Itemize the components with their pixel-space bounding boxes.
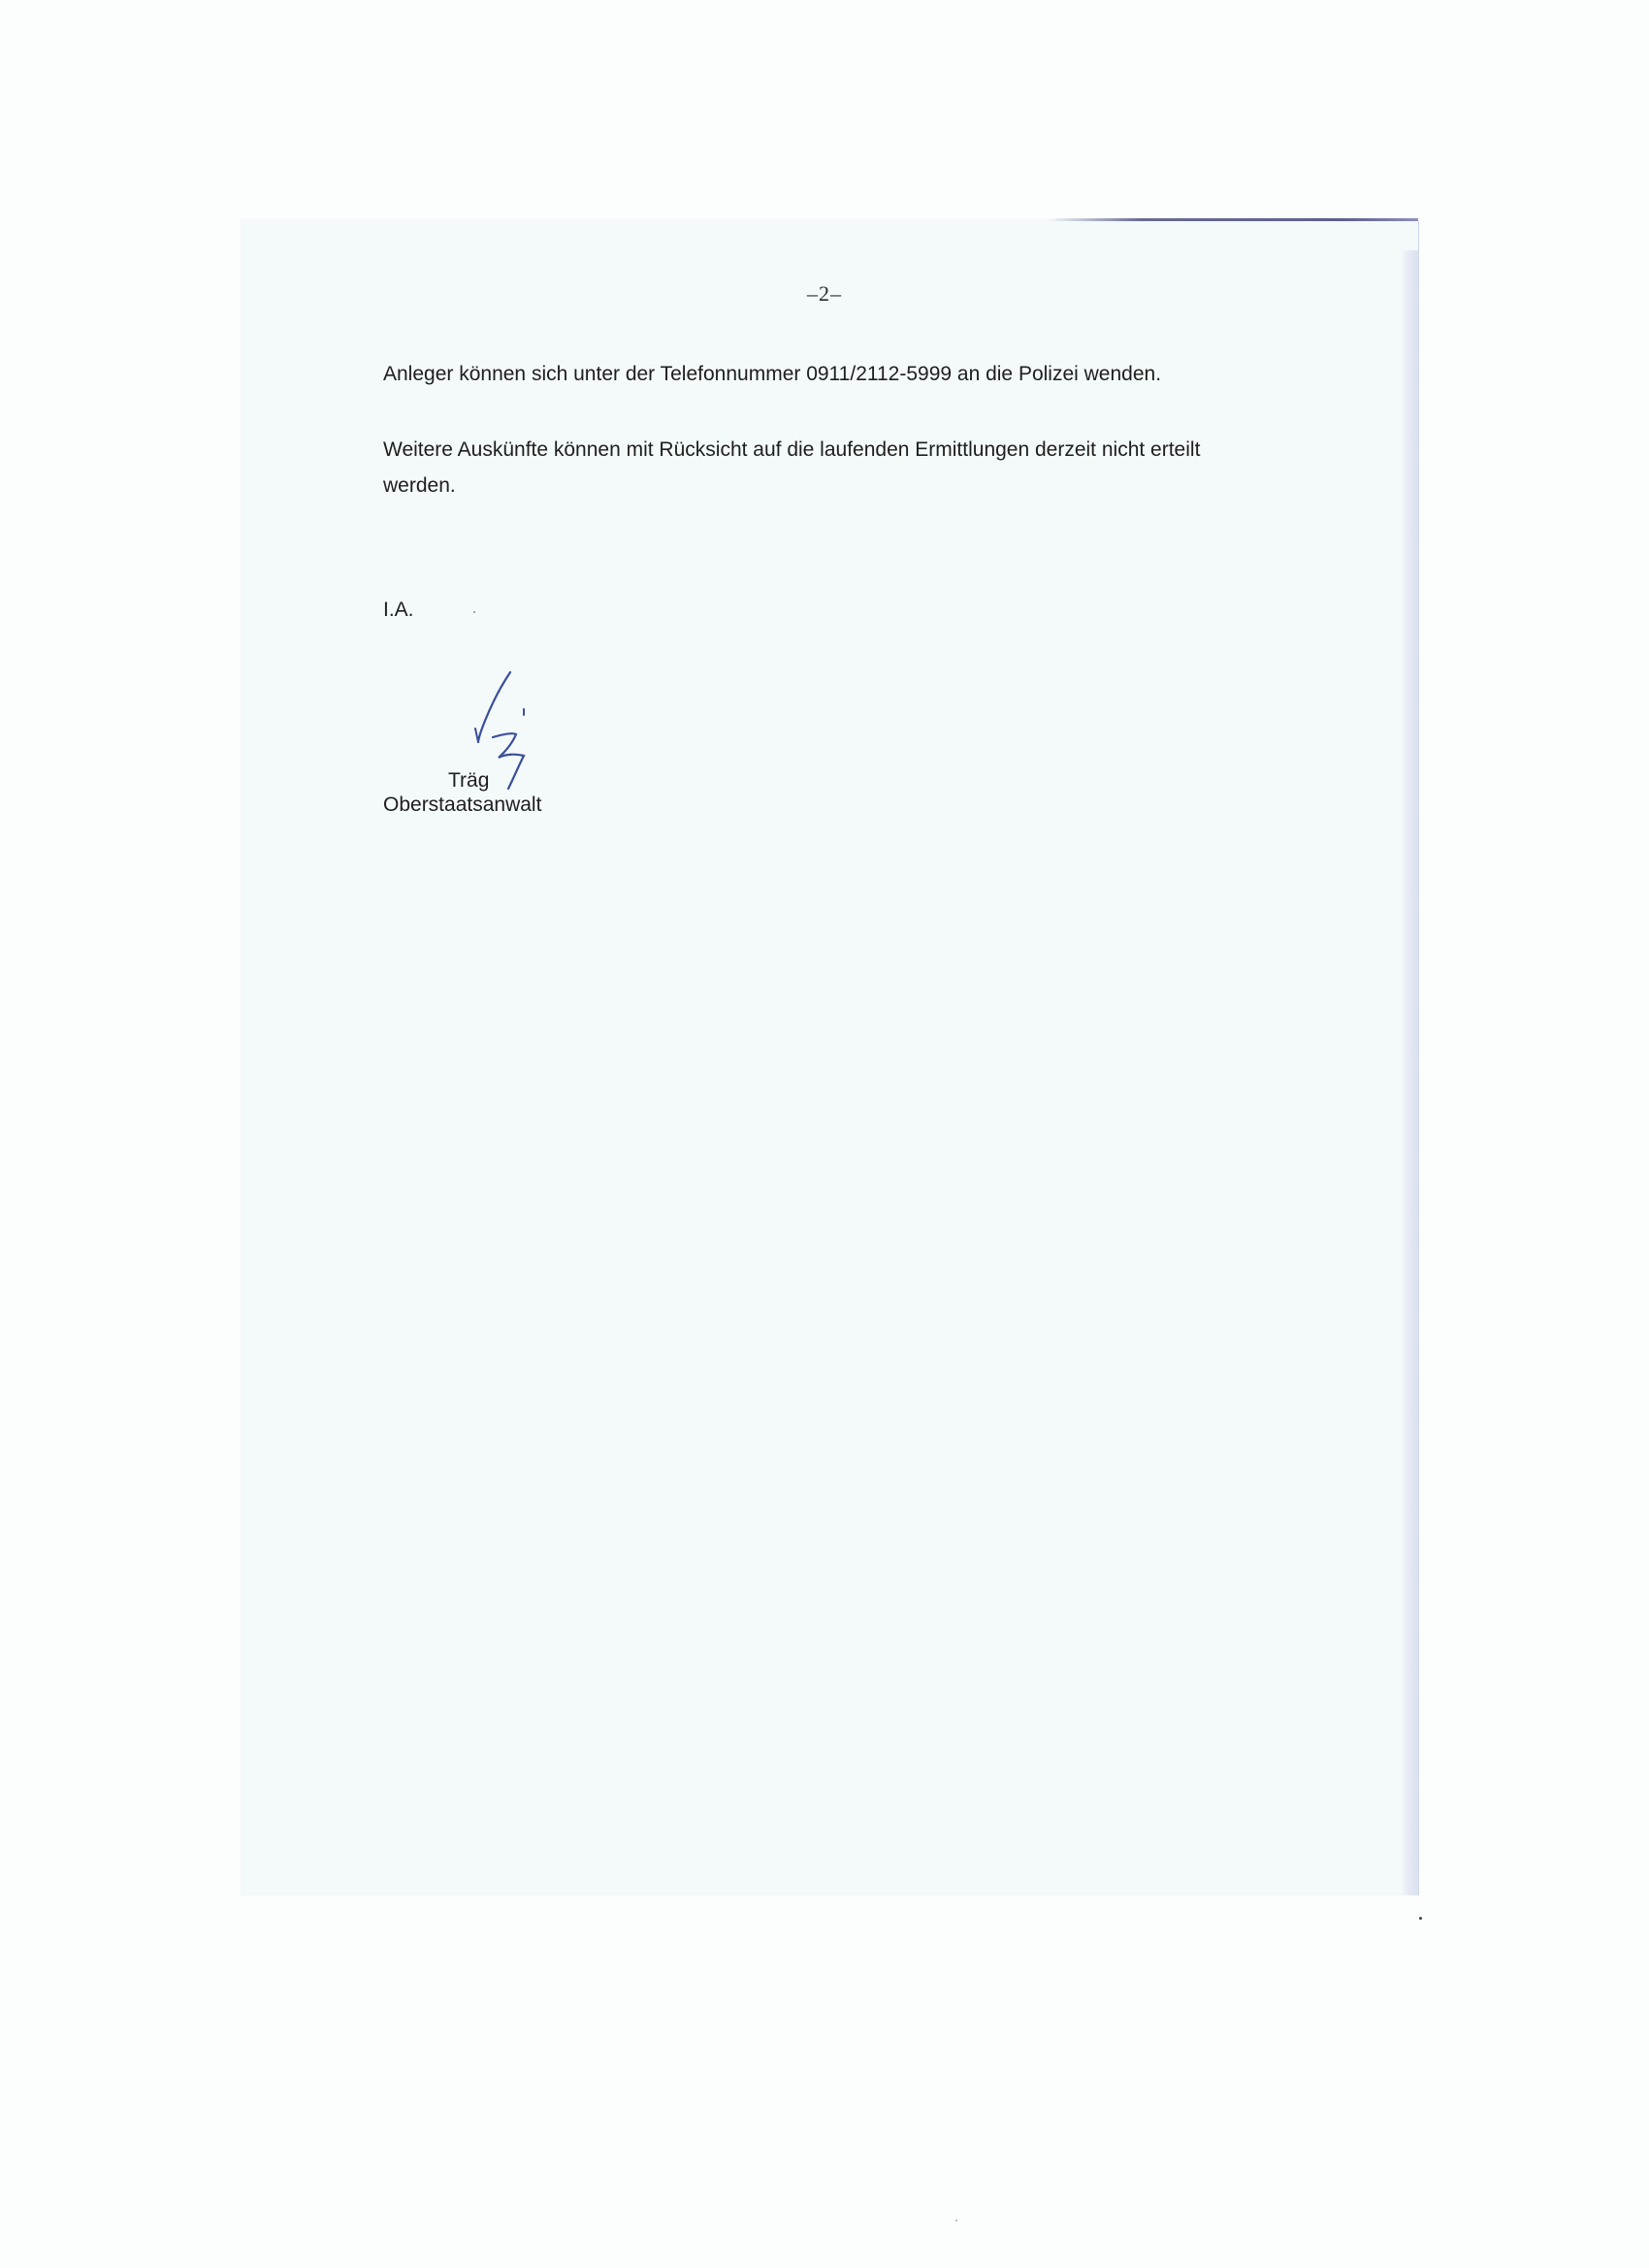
scan-top-edge <box>1048 218 1418 221</box>
paragraph-contact-police: Anleger können sich unter der Telefonnum… <box>383 356 1161 392</box>
scan-speck <box>1419 1917 1422 1920</box>
signatory-name: Träg <box>448 769 489 793</box>
scan-speck <box>955 2219 957 2221</box>
signatory-title: Oberstaatsanwalt <box>383 794 541 817</box>
on-behalf-abbreviation: I.A. <box>383 592 414 628</box>
paragraph-no-further-info-continued: werden. <box>383 468 456 503</box>
scan-speck <box>473 611 475 613</box>
scan-right-border <box>1418 221 1419 1895</box>
paragraph-no-further-info: Weitere Auskünfte können mit Rücksicht a… <box>383 432 1200 468</box>
scan-right-edge <box>1403 250 1418 1895</box>
page-number: –2– <box>0 281 1649 307</box>
